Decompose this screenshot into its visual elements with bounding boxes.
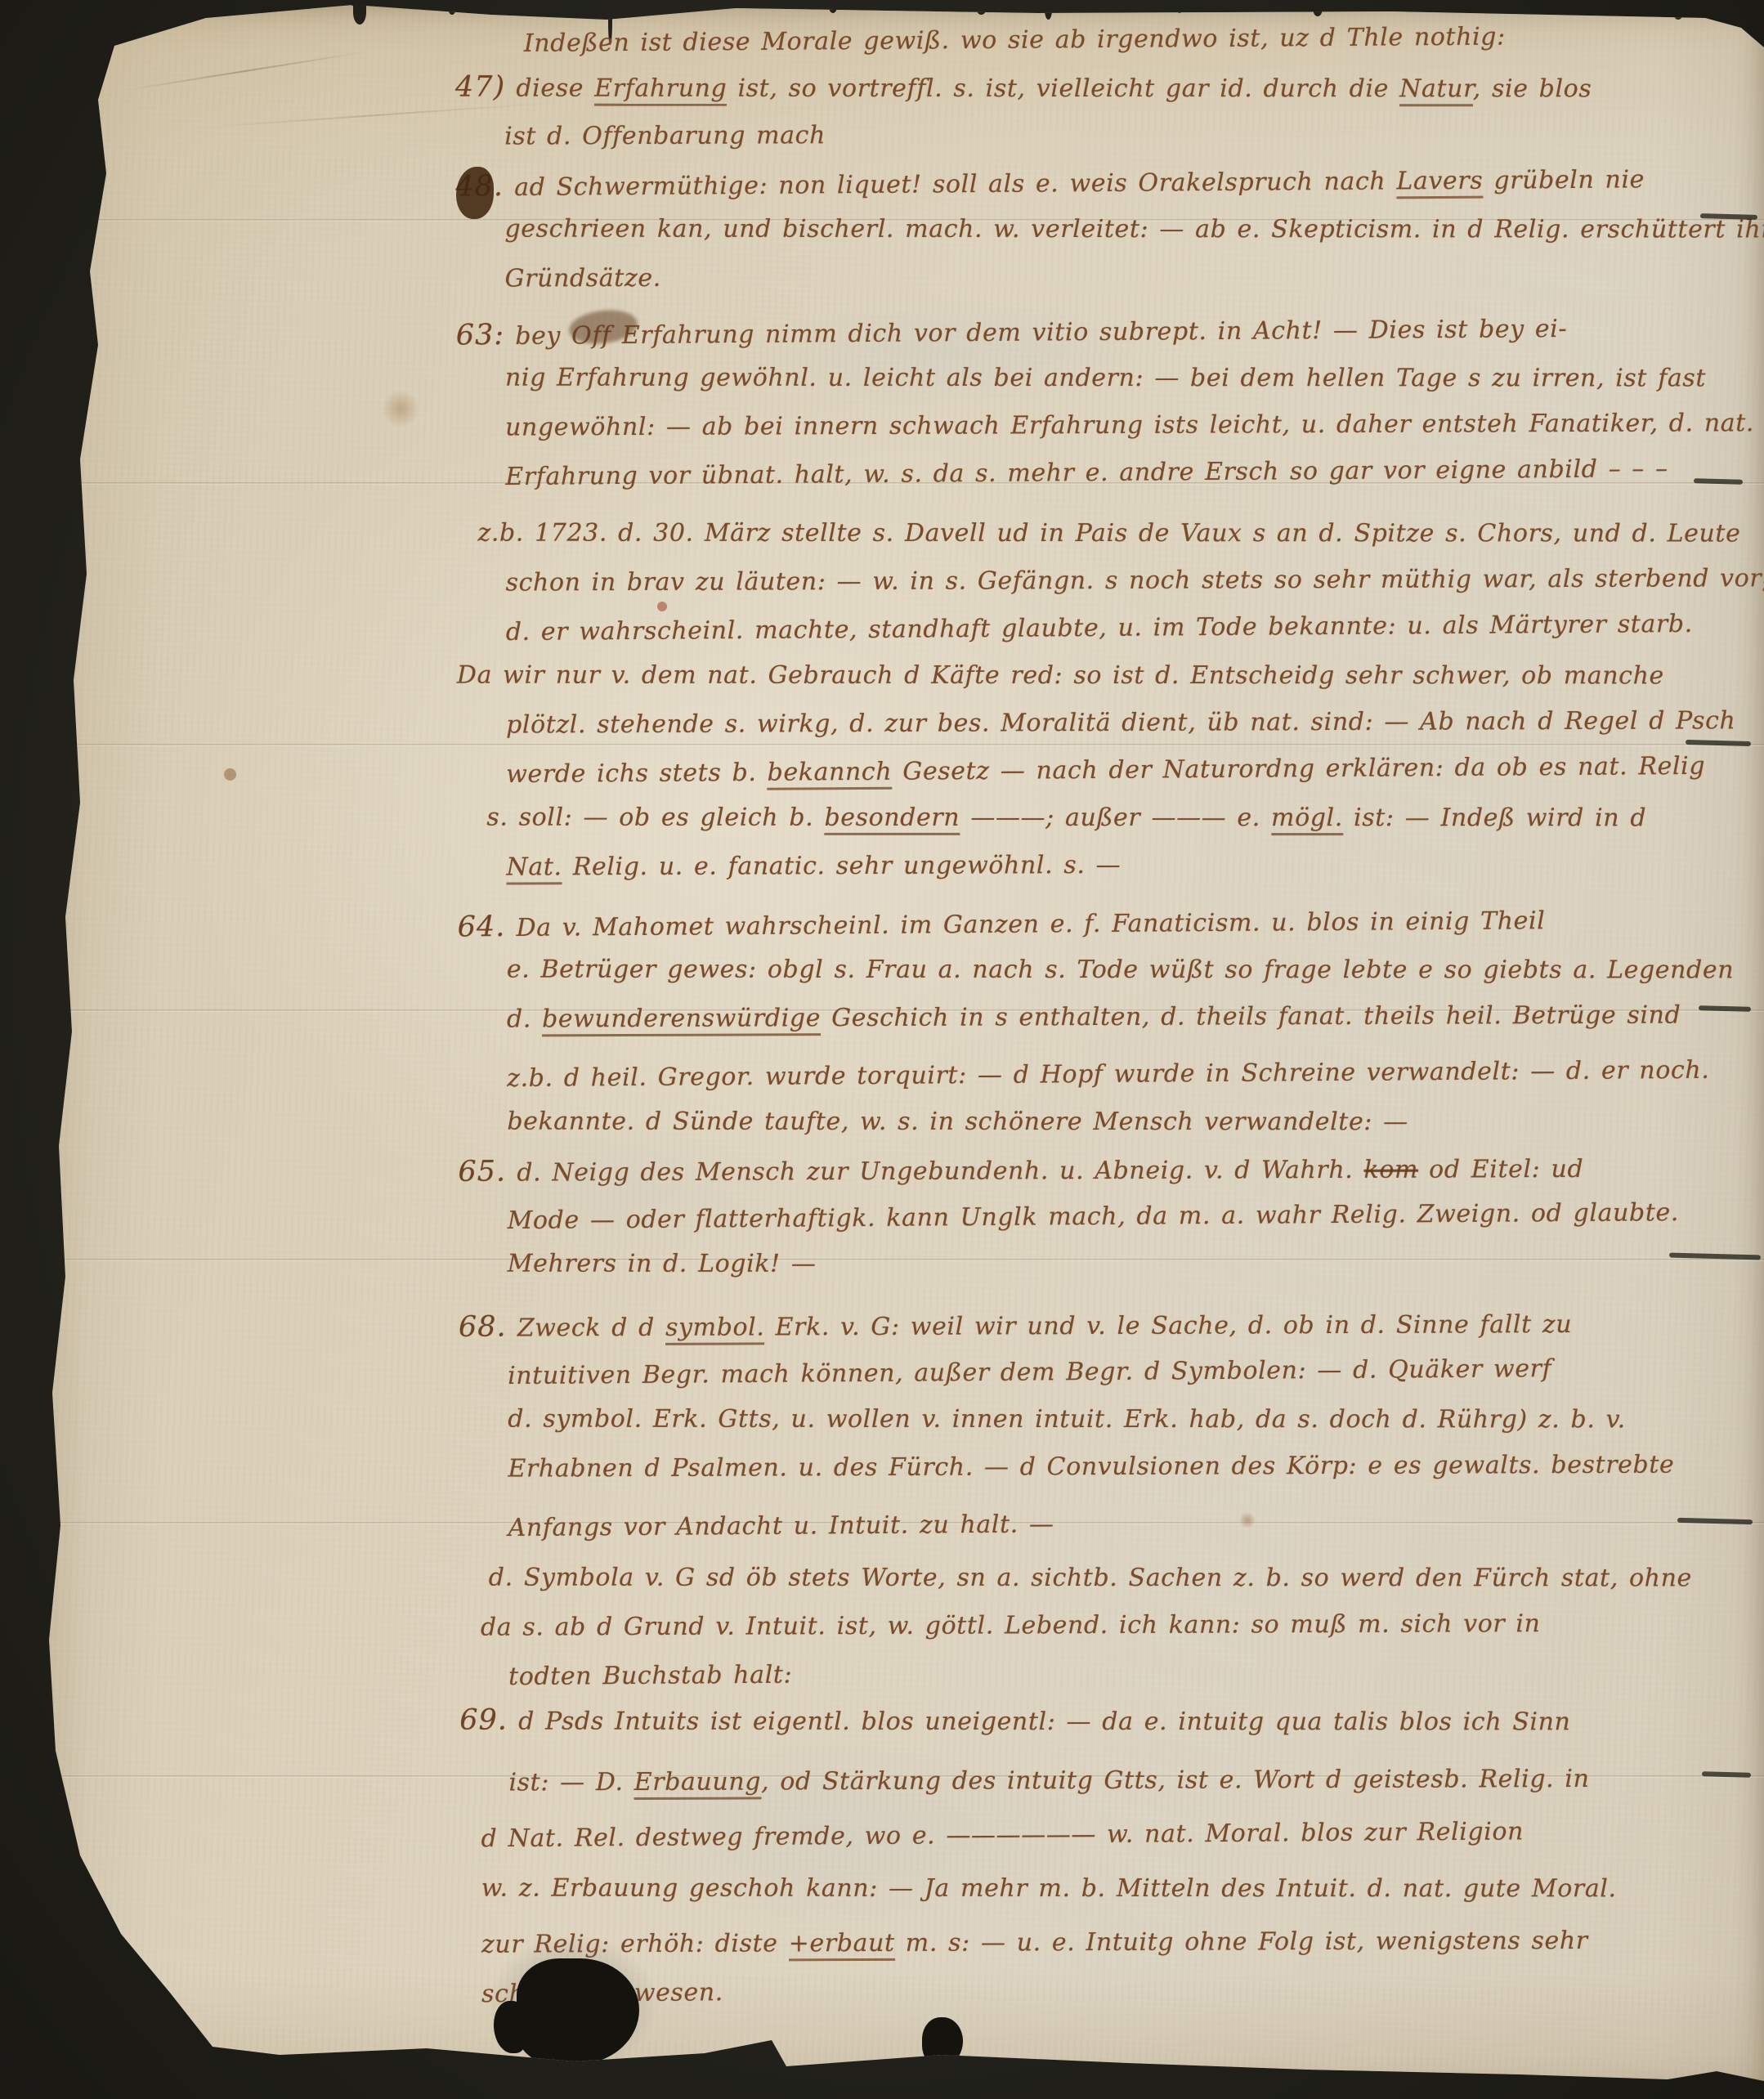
manuscript-line: ist d. Offenbarung mach [452,112,1735,163]
manuscript-line: ist: — D. Erbauung, od Stärkung des intu… [456,1758,1739,1810]
binding-mark [523,0,531,13]
manuscript-line: d Nat. Rel. destweg fremde, wo e. ——————… [456,1810,1739,1867]
manuscript-line: d. Symbola v. G sd öb stets Worte, sn a.… [456,1558,1739,1606]
manuscript-line-numbered: 48. ad Schwermüthige: non liquet! soll a… [452,158,1735,214]
manuscript-line: zur Relig: erhöh: diste +erbaut m. s: — … [457,1920,1740,1971]
binding-mark [1715,0,1738,10]
manuscript-line-numbered: 64. Da v. Mahomet wahrscheinl. im Ganzen… [454,898,1738,955]
binding-mark [1175,0,1184,13]
manuscript-line-numbered: 69. d Psds Intuits ist eigentl. blos une… [456,1700,1739,1748]
binding-mark [1540,0,1546,10]
manuscript-line-numbered: 47) diese Erfahrung ist, so vortreffl. s… [452,67,1735,115]
manuscript-line: nig Erfahrung gewöhnl. u. leicht als bei… [453,358,1736,406]
manuscript-line: d. er wahrscheinl. machte, standhaft gla… [454,604,1737,660]
binding-mark [353,0,366,25]
section-number: 65. [458,1156,506,1188]
binding-edge-strip [1032,0,1107,11]
binding-mark [742,0,762,8]
binding-mark [1672,0,1684,20]
manuscript-line: ungewöhnl: — ab bei innern schwach Erfah… [453,403,1736,454]
section-number: 69. [459,1704,508,1737]
manuscript-line: Nat. Relig. u. e. fanatic. sehr ungewöhn… [454,843,1737,894]
binding-mark [1074,0,1079,11]
binding-mark [1395,0,1401,11]
binding-mark [1251,0,1257,11]
ink-blot [922,2017,963,2066]
section-number: 63: [456,319,505,351]
binding-mark [1601,0,1607,11]
manuscript-line: Erhabnen d Psalmen. u. des Fürch. — d Co… [455,1444,1739,1496]
binding-mark [903,0,910,11]
manuscript-line: Erfahrung vor übnat. halt, w. s. da s. m… [453,449,1736,505]
manuscript-line: bekannte. d Sünde taufte, w. s. in schön… [454,1102,1738,1150]
text-block: Indeßen ist diese Morale gewiß. wo sie a… [452,18,1740,2019]
manuscript-line: Gründsätze. [453,254,1736,306]
section-number: 47) [455,71,505,104]
manuscript-line: z.b. d heil. Gregor. wurde torquirt: — d… [454,1050,1738,1107]
manuscript-line: e. Betrüger gewes: obgl s. Frau a. nach … [454,950,1738,998]
manuscript-line: intuitiven Begr. mach können, außer dem … [455,1348,1739,1404]
binding-mark [1313,0,1323,16]
section-number: 64. [458,911,506,943]
manuscript-line: Anfangs vor Andacht u. Intuit. zu halt. … [455,1500,1739,1556]
manuscript-line-numbered: 65. d. Neigg des Mensch zur Ungebundenh.… [454,1147,1738,1198]
paper-stain [383,389,419,428]
manuscript-line: todten Buchstab halt: [456,1649,1739,1705]
manuscript-line-numbered: 68. Zweck d d symbol. Erk. v. G: weil wi… [455,1302,1739,1354]
manuscript-line: geschrieen kan, und bischerl. mach. w. v… [452,209,1735,257]
manuscript-line: w. z. Erbauung geschoh kann: — Ja mehr m… [457,1869,1740,1917]
manuscript-line: werde ichs stets b. bekannch Gesetz — na… [454,746,1737,803]
binding-mark [976,0,987,15]
section-number: 48. [455,170,504,203]
binding-mark [460,0,465,10]
binding-mark [1476,0,1484,13]
manuscript-line: Da wir nur v. dem nat. Gebrauch d Käfte … [454,656,1737,704]
manuscript-line: plötzl. stehende s. wirkg, d. zur bes. M… [454,700,1737,752]
manuscript-line: da s. ab d Grund v. Intuit. ist, w. gött… [456,1603,1739,1654]
section-number: 68. [459,1311,507,1344]
binding-mark [829,0,837,13]
paper-stain [224,768,236,781]
binding-mark [448,0,456,15]
manuscript-page: Indeßen ist diese Morale gewiß. wo sie a… [0,0,1764,2099]
manuscript-line: s. soll: — ob es gleich b. besondern ———… [454,798,1737,846]
manuscript-line: d. bewunderenswürdige Geschich in s enth… [454,995,1738,1046]
manuscript-line: z.b. 1723. d. 30. März stellte s. Davell… [453,513,1736,562]
manuscript-line-numbered: 63: bey Off Erfahrung nimm dich vor dem … [453,307,1736,363]
binding-mark [777,0,786,7]
manuscript-line: Indeßen ist diese Morale gewiß. wo sie a… [452,16,1735,72]
corner-fold-crease [124,51,367,92]
manuscript-line: Mehrers in d. Logik! — [455,1244,1739,1292]
binding-mark [1045,0,1052,20]
manuscript-line: Mode — oder flatterhaftigk. kann Unglk m… [454,1193,1738,1249]
manuscript-line: d. symbol. Erk. Gtts, u. wollen v. innen… [455,1399,1739,1448]
manuscript-line: schwach gewesen. [457,1966,1740,2022]
manuscript-line: schon in brav zu läuten: — w. in s. Gefä… [454,558,1737,610]
binding-edge-strip [351,0,1764,6]
